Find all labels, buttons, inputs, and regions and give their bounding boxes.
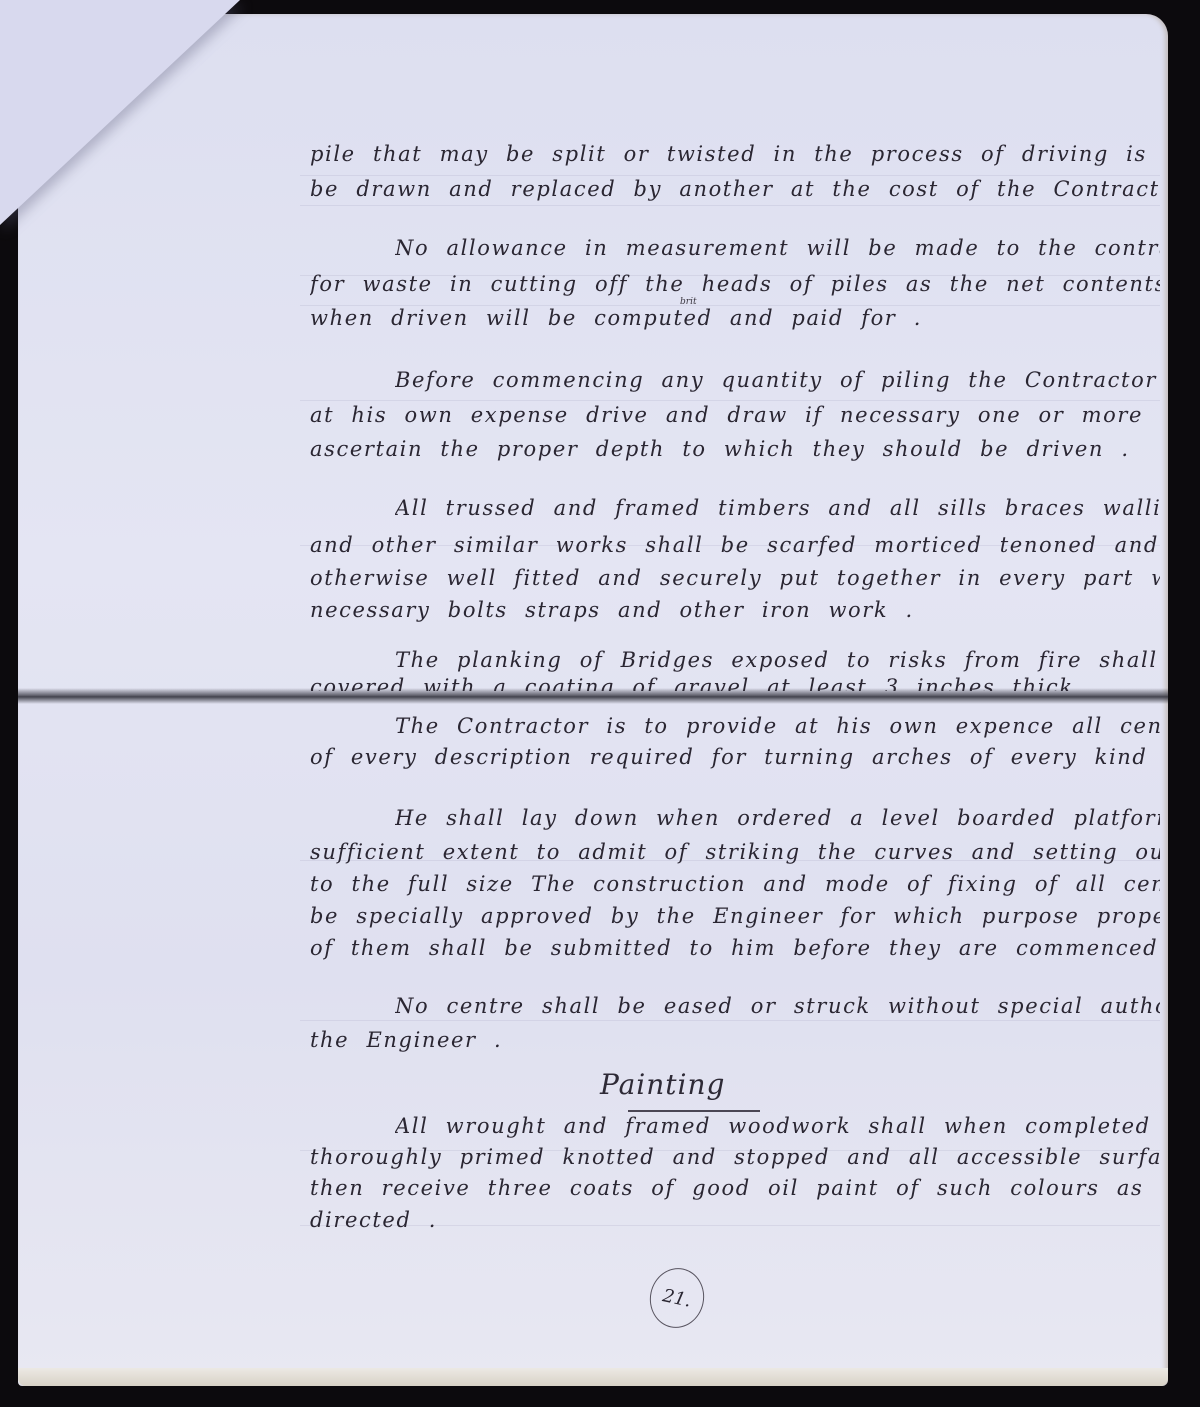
text-line: sufficient extent to admit of striking t…: [310, 840, 1160, 864]
text-line: No centre shall be eased or struck witho…: [395, 994, 1160, 1018]
heading-underline: [628, 1110, 760, 1112]
text-line: The planking of Bridges exposed to risks…: [395, 648, 1160, 672]
text-line: for waste in cutting off the heads of pi…: [310, 272, 1160, 296]
text-line: ascertain the proper depth to which they…: [310, 437, 1160, 461]
section-heading: Painting: [600, 1068, 725, 1101]
text-line: He shall lay down when ordered a level b…: [395, 806, 1160, 830]
text-line: No allowance in measurement will be made…: [395, 236, 1160, 260]
text-line: Before commencing any quantity of piling…: [395, 368, 1160, 392]
text-line: otherwise well fitted and securely put t…: [310, 566, 1160, 590]
text-line: directed .: [310, 1208, 1160, 1232]
text-line: thoroughly primed knotted and stopped an…: [310, 1145, 1160, 1169]
text-line: then receive three coats of good oil pai…: [310, 1176, 1160, 1200]
text-line: be drawn and replaced by another at the …: [310, 177, 1160, 201]
text-line: necessary bolts straps and other iron wo…: [310, 598, 1160, 622]
text-line: when driven will be computed and paid fo…: [310, 306, 1160, 330]
text-line: the Engineer .: [310, 1028, 1160, 1052]
text-line: to the full size The construction and mo…: [310, 872, 1160, 896]
text-line: The Contractor is to provide at his own …: [395, 714, 1160, 738]
text-line: All wrought and framed woodwork shall wh…: [395, 1114, 1160, 1138]
page-bottom-edge: [18, 1368, 1168, 1386]
insertion-annotation: brit: [680, 297, 697, 307]
text-line: of them shall be submitted to him before…: [310, 936, 1160, 960]
text-line: pile that may be split or twisted in the…: [310, 142, 1160, 166]
text-line: at his own expense drive and draw if nec…: [310, 403, 1160, 427]
text-line: and other similar works shall be scarfed…: [310, 533, 1160, 557]
text-line: be specially approved by the Engineer fo…: [310, 904, 1160, 928]
text-line: covered with a coating of gravel at leas…: [310, 675, 1160, 691]
page-number-text: 21.: [661, 1285, 693, 1311]
folded-page-corner: [0, 0, 240, 225]
text-line: All trussed and framed timbers and all s…: [395, 496, 1160, 520]
text-line: of every description required for turnin…: [310, 745, 1160, 769]
